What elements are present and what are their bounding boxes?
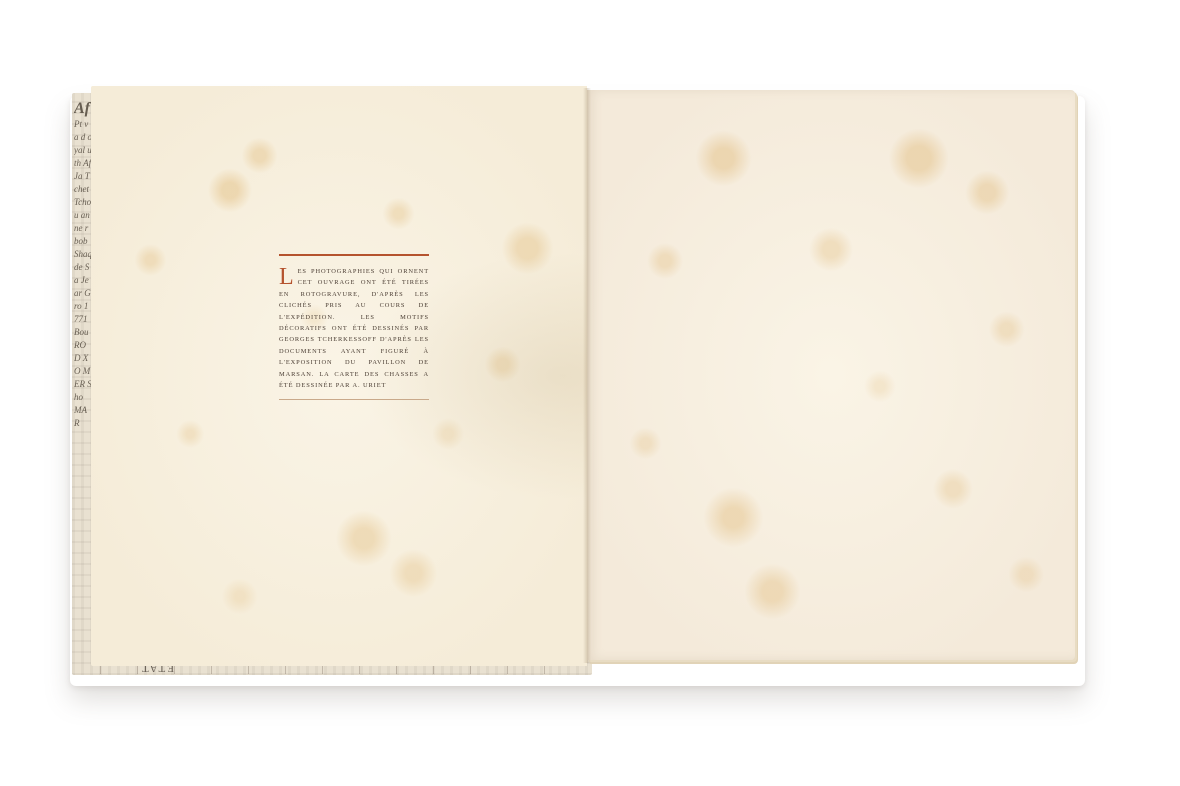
right-page-blank xyxy=(587,90,1075,660)
book-photo: Af Pt va d oyal uth Af Ja Tchet Tchou an… xyxy=(0,0,1180,786)
colophon-block: Les photographies qui ornent cet ouvrage… xyxy=(279,254,429,400)
book-gutter xyxy=(583,88,591,663)
spine-fragments: Pt va d oyal uth Af Ja Tchet Tchou anne … xyxy=(74,119,92,428)
colophon-text: Les photographies qui ornent cet ouvrage… xyxy=(279,266,429,391)
colophon-dropcap: L xyxy=(279,267,295,287)
spine-big-letters: Af xyxy=(74,100,90,117)
endpaper-spine-map-text: Af Pt va d oyal uth Af Ja Tchet Tchou an… xyxy=(74,100,92,660)
colophon-bottom-rule xyxy=(279,399,429,400)
colophon-top-rule xyxy=(279,254,429,256)
colophon-paragraph: es photographies qui ornent cet ouvrage … xyxy=(279,268,429,389)
